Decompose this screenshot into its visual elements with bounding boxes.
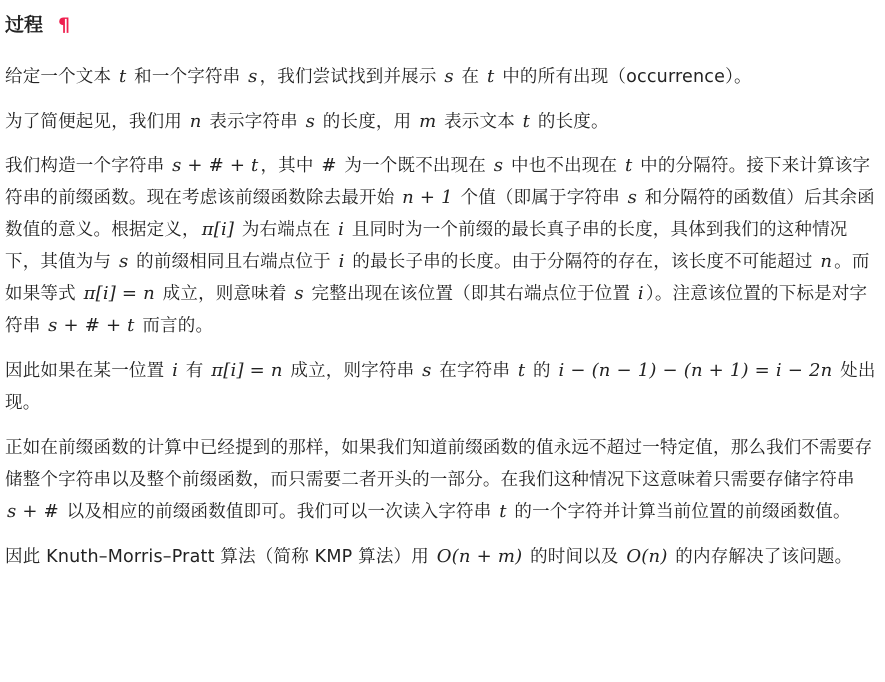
paragraph-text: 完整出现在该位置（即其右端点位于位置	[306, 284, 636, 304]
math-expression: i	[638, 283, 644, 304]
math-expression: s + # + t	[48, 315, 134, 336]
paragraph-text: 我们构造一个字符串	[5, 156, 170, 176]
paragraph-intro: 给定一个文本 t 和一个字符串 s，我们尝试找到并展示 s 在 t 中的所有出现…	[5, 61, 879, 93]
paragraph-text: 和一个字符串	[128, 67, 246, 87]
math-expression: n + 1	[402, 187, 453, 208]
heading-anchor-link[interactable]: ¶	[58, 13, 70, 38]
math-expression: s	[444, 66, 453, 87]
paragraph-text: 的内存解决了该问题。	[670, 547, 853, 567]
paragraph-text: 因此 Knuth–Morris–Pratt 算法（简称 KMP 算法）用	[5, 547, 435, 567]
math-expression: i	[339, 251, 345, 272]
math-expression: t	[499, 501, 506, 522]
paragraph-text: 的长度。	[532, 112, 609, 132]
paragraph-text: 成立，则意味着	[157, 284, 292, 304]
math-expression: t	[487, 66, 494, 87]
math-expression: i	[172, 360, 178, 381]
paragraph-text: 在字符串	[434, 361, 516, 381]
math-expression: π[i]	[202, 219, 234, 240]
paragraph-text: 为了简便起见，我们用	[5, 112, 188, 132]
heading-title: 过程	[5, 13, 43, 38]
paragraph-text: 成立，则字符串	[285, 361, 420, 381]
math-expression: t	[625, 155, 632, 176]
paragraph-text: 的一个字符并计算当前位置的前缀函数值。	[509, 502, 851, 522]
math-expression: n	[820, 251, 832, 272]
article-content: 过程 ¶ 给定一个文本 t 和一个字符串 s，我们尝试找到并展示 s 在 t 中…	[0, 0, 885, 573]
paragraph-text: 个值（即属于字符串	[455, 188, 626, 208]
paragraph-text: 给定一个文本	[5, 67, 117, 87]
math-expression: s + # + t	[172, 155, 258, 176]
paragraph-text: 为一个既不出现在	[339, 156, 492, 176]
math-expression: π[i] = n	[84, 283, 155, 304]
math-expression: t	[518, 360, 525, 381]
math-expression: t	[119, 66, 126, 87]
paragraph-memory-optimization: 正如在前缀函数的计算中已经提到的那样，如果我们知道前缀函数的值永远不超过一特定值…	[5, 432, 879, 528]
section-heading: 过程 ¶	[5, 0, 879, 38]
math-expression: t	[523, 111, 530, 132]
math-expression: s	[422, 360, 431, 381]
math-expression: s	[248, 66, 257, 87]
paragraph-text: 正如在前缀函数的计算中已经提到的那样，如果我们知道前缀函数的值永远不超过一特定值…	[5, 438, 872, 490]
paragraph-text: 在	[456, 67, 485, 87]
paragraph-text: 为右端点在	[236, 220, 336, 240]
math-expression: s	[306, 111, 315, 132]
math-expression: s	[119, 251, 128, 272]
paragraph-text: 的前缀相同且右端点位于	[130, 252, 336, 272]
math-expression: s	[494, 155, 503, 176]
math-expression: O(n)	[626, 546, 667, 567]
math-expression: #	[321, 155, 336, 176]
paragraph-text: 中的所有出现（occurrence）。	[496, 67, 751, 87]
math-expression: m	[419, 111, 436, 132]
paragraph-text: 的最长子串的长度。由于分隔符的存在，该长度不可能超过	[347, 252, 819, 272]
math-expression: i − (n − 1) − (n + 1) = i − 2n	[559, 360, 833, 381]
paragraph-complexity: 因此 Knuth–Morris–Pratt 算法（简称 KMP 算法）用 O(n…	[5, 541, 879, 573]
paragraph-construction: 我们构造一个字符串 s + # + t，其中 # 为一个既不出现在 s 中也不出…	[5, 150, 879, 342]
math-expression: i	[338, 219, 344, 240]
paragraph-text: 有	[180, 361, 209, 381]
math-expression: s	[294, 283, 303, 304]
paragraph-text: 因此如果在某一位置	[5, 361, 170, 381]
paragraph-text: 的时间以及	[524, 547, 624, 567]
math-expression: π[i] = n	[211, 360, 282, 381]
paragraph-text: 的	[527, 361, 556, 381]
paragraph-text: ，其中	[260, 156, 319, 176]
paragraph-text: 中也不出现在	[505, 156, 623, 176]
paragraph-occurrence-position: 因此如果在某一位置 i 有 π[i] = n 成立，则字符串 s 在字符串 t …	[5, 355, 879, 419]
paragraph-text: 表示文本	[438, 112, 520, 132]
paragraph-text: 而言的。	[137, 316, 214, 336]
paragraph-text: 表示字符串	[204, 112, 304, 132]
paragraph-text: ，我们尝试找到并展示	[260, 67, 443, 87]
math-expression: s	[628, 187, 637, 208]
math-expression: n	[190, 111, 202, 132]
math-expression: O(n + m)	[437, 546, 523, 567]
paragraph-text: 以及相应的前缀函数值即可。我们可以一次读入字符串	[61, 502, 497, 522]
paragraph-text: 的长度，用	[317, 112, 417, 132]
paragraph-notation: 为了简便起见，我们用 n 表示字符串 s 的长度，用 m 表示文本 t 的长度。	[5, 106, 879, 138]
math-expression: s + #	[7, 501, 59, 522]
